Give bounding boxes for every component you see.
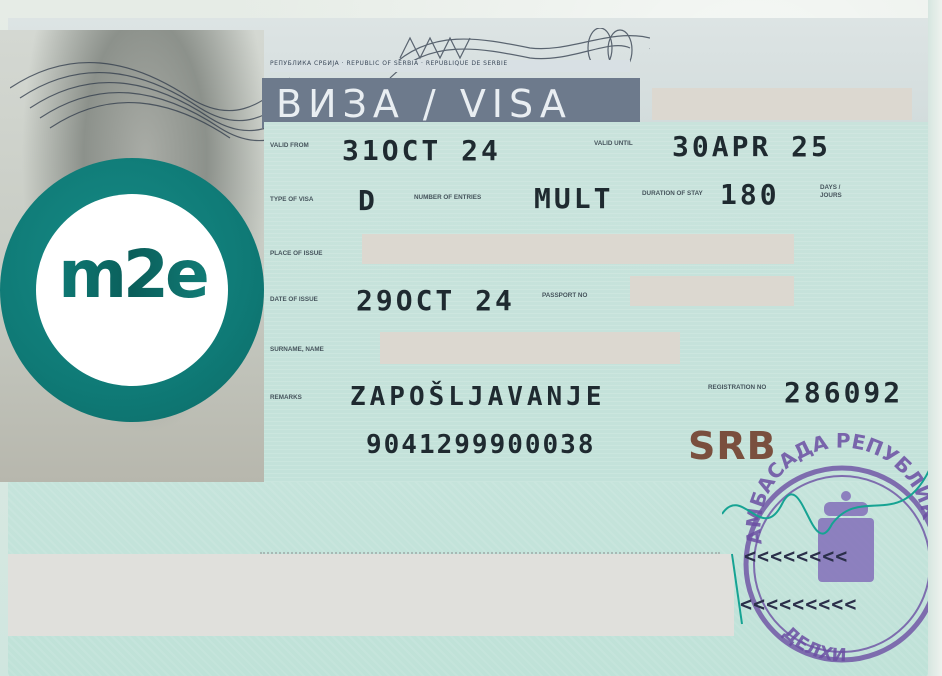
redacted-mrz-zone [8, 554, 734, 636]
redacted-place-of-issue [362, 234, 794, 264]
valid-from-value: 31OCT 24 [342, 134, 501, 167]
page-edge [928, 0, 942, 676]
mrz-line-2-fragment: <<<<<<<<< [740, 592, 857, 616]
redacted-surname-name [380, 332, 680, 364]
redacted-visa-number [652, 88, 912, 120]
visa-title: ВИЗА / VISA [276, 82, 572, 126]
duration-of-stay-label: DURATION OF STAY [642, 190, 714, 198]
type-of-visa-value: D [358, 184, 378, 217]
remarks-value: ZAPOŠLJAVANJE [350, 382, 606, 412]
registration-no-label: REGISTRATION No [708, 384, 778, 392]
redacted-passport-no [630, 276, 794, 306]
valid-until-value: 30APR 25 [672, 130, 831, 163]
header-microtext: РЕПУБЛИКА СРБИЈА · REPUBLIC OF SERBIA · … [270, 60, 630, 72]
surname-name-label: SURNAME, NAME [270, 346, 350, 354]
document-number: 9041299900038 [366, 430, 596, 460]
remarks-label: REMARKS [270, 394, 336, 402]
svg-text:ДЕЛХИ: ДЕЛХИ [778, 622, 847, 664]
m2e-logo: m2e [40, 236, 224, 313]
mrz-line-1-fragment: <<<<<<<< [744, 544, 848, 568]
valid-until-label: VALID UNTIL [594, 140, 664, 148]
days-label: DAYS / JOURS [820, 184, 860, 200]
valid-from-label: VALID FROM [270, 142, 336, 150]
stamp-text-bottom: ДЕЛХИ [778, 622, 847, 664]
number-of-entries-label: NUMBER OF ENTRIES [414, 194, 514, 202]
date-of-issue-label: DATE OF ISSUE [270, 296, 330, 304]
duration-of-stay-value: 180 [720, 178, 780, 211]
date-of-issue-value: 29OCT 24 [356, 284, 515, 317]
passport-no-label: PASSPORT No [542, 292, 618, 300]
number-of-entries-value: MULT [534, 182, 613, 215]
registration-no-value: 286092 [784, 376, 903, 409]
place-of-issue-label: PLACE OF ISSUE [270, 250, 358, 258]
type-of-visa-label: TYPE OF VISA [270, 196, 336, 204]
